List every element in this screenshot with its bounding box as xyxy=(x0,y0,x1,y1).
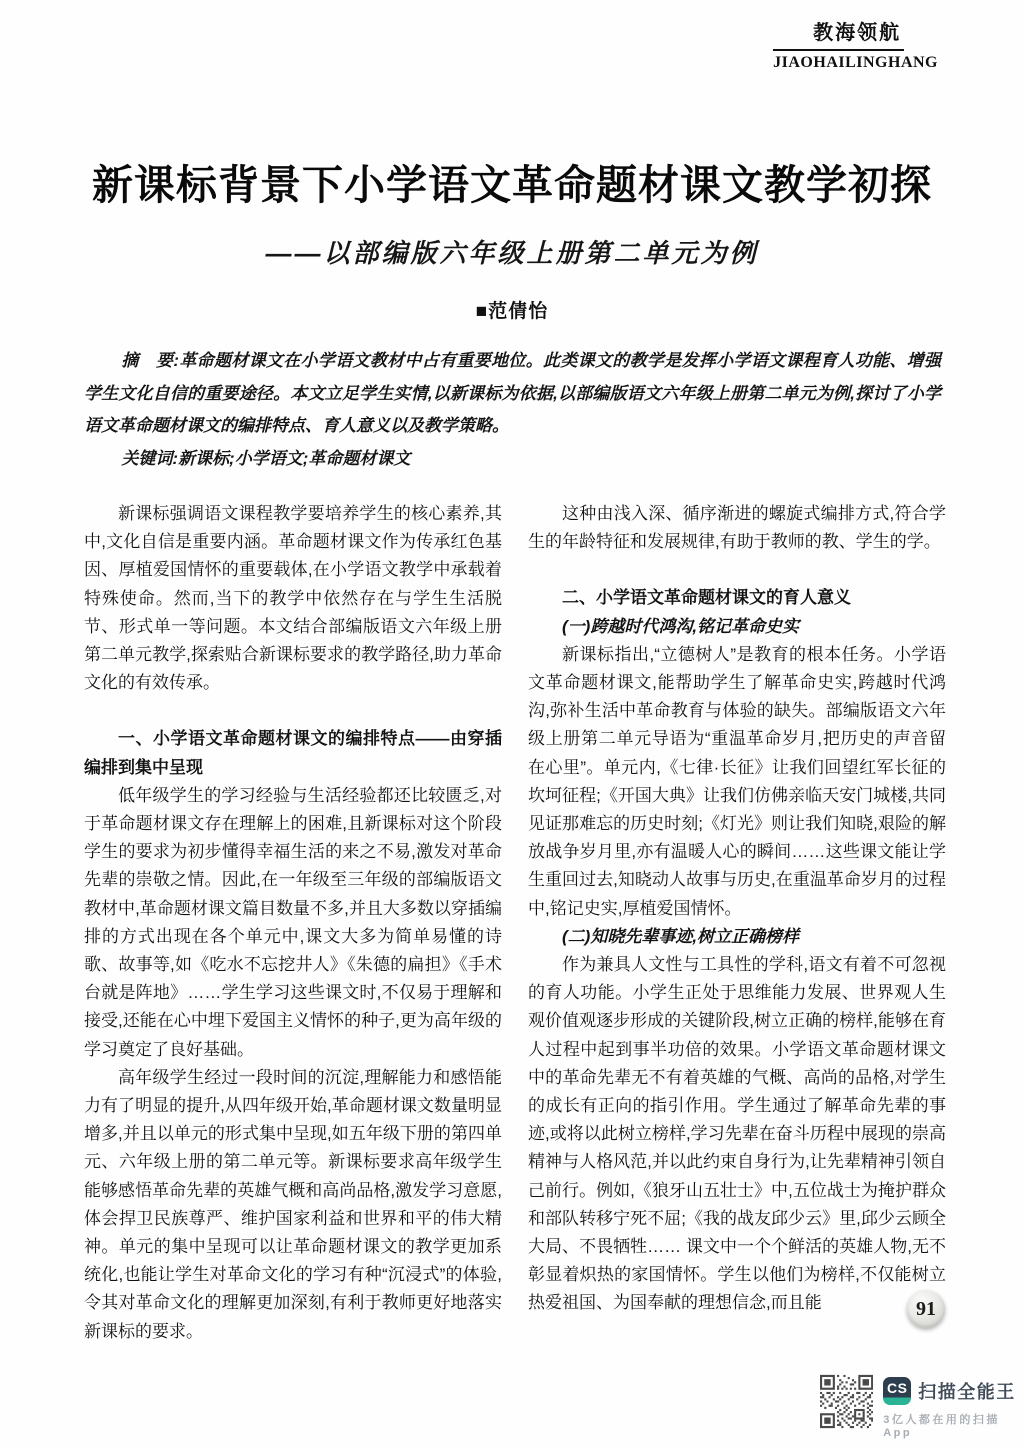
section-heading-1: 一、小学语文革命题材课文的编排特点——由穿插编排到集中呈现 xyxy=(84,725,502,781)
keywords-text: 新课标;小学语文;革命题材课文 xyxy=(178,449,410,468)
left-column: 新课标强调语文课程教学要培养学生的核心素养,其中,文化自信是重要内涵。革命题材课… xyxy=(84,500,502,1346)
left-paragraph-1: 新课标强调语文课程教学要培养学生的核心素养,其中,文化自信是重要内涵。革命题材课… xyxy=(84,500,502,697)
page-number-badge: 91 xyxy=(907,1290,945,1328)
abstract-paragraph: 摘 要:革命题材课文在小学语文教材中占有重要地位。此类课文的教学是发挥小学语文课… xyxy=(84,345,941,443)
scanner-watermark: CS 扫描全能王 3亿人都在用的扫描App xyxy=(820,1374,1024,1439)
left-paragraph-2: 低年级学生的学习经验与生活经验都还比较匮乏,对于革命题材课文存在理解上的困难,且… xyxy=(84,782,502,1064)
body-columns: 新课标强调语文课程教学要培养学生的核心素养,其中,文化自信是重要内涵。革命题材课… xyxy=(84,500,946,1346)
abstract-label: 摘 要: xyxy=(121,351,179,370)
right-paragraph-2: 新课标指出,“立德树人”是教育的根本任务。小学语文革命题材课文,能帮助学生了解革… xyxy=(528,641,946,923)
article-author: ■范倩怡 xyxy=(0,296,1024,323)
qr-code-icon xyxy=(820,1374,873,1429)
scanner-tagline: 3亿人都在用的扫描App xyxy=(883,1411,1024,1439)
camscanner-logo-icon: CS xyxy=(883,1377,911,1405)
subsection-heading-2: (二)知晓先辈事迹,树立正确榜样 xyxy=(528,923,946,951)
abstract-block: 摘 要:革命题材课文在小学语文教材中占有重要地位。此类课文的教学是发挥小学语文课… xyxy=(84,345,941,475)
section-heading-2: 二、小学语文革命题材课文的育人意义 xyxy=(528,584,946,612)
article-title: 新课标背景下小学语文革命题材课文教学初探 xyxy=(0,152,1024,211)
journal-name-cn: 教海领航 xyxy=(773,16,904,51)
scanner-badge-text: CS 扫描全能王 3亿人都在用的扫描App xyxy=(883,1374,1024,1439)
right-paragraph-3: 作为兼具人文性与工具性的学科,语文有着不可忽视的育人功能。小学生正处于思维能力发… xyxy=(528,951,946,1318)
title-block: 新课标背景下小学语文革命题材课文教学初探 ——以部编版六年级上册第二单元为例 ■… xyxy=(0,152,1024,323)
scanned-article-page: 教海领航 JIAOHAILINGHANG 新课标背景下小学语文革命题材课文教学初… xyxy=(0,0,1024,1449)
right-paragraph-1: 这种由浅入深、循序渐进的螺旋式编排方式,符合学生的年龄特征和发展规律,有助于教师… xyxy=(528,500,946,556)
scanner-app-name: 扫描全能王 xyxy=(918,1378,1016,1404)
abstract-text: 革命题材课文在小学语文教材中占有重要地位。此类课文的教学是发挥小学语文课程育人功… xyxy=(84,351,941,435)
keywords-paragraph: 关键词:新课标;小学语文;革命题材课文 xyxy=(84,443,941,476)
left-paragraph-3: 高年级学生经过一段时间的沉淀,理解能力和感悟能力有了明显的提升,从四年级开始,革… xyxy=(84,1064,502,1346)
journal-masthead: 教海领航 JIAOHAILINGHANG xyxy=(773,16,938,72)
subsection-heading-1: (一)跨越时代鸿沟,铭记革命史实 xyxy=(528,613,946,641)
keywords-label: 关键词: xyxy=(121,449,178,468)
journal-name-pinyin: JIAOHAILINGHANG xyxy=(773,54,938,72)
page-number: 91 xyxy=(916,1298,936,1321)
right-column: 这种由浅入深、循序渐进的螺旋式编排方式,符合学生的年龄特征和发展规律,有助于教师… xyxy=(528,500,946,1346)
article-subtitle: ——以部编版六年级上册第二单元为例 xyxy=(0,233,1024,270)
